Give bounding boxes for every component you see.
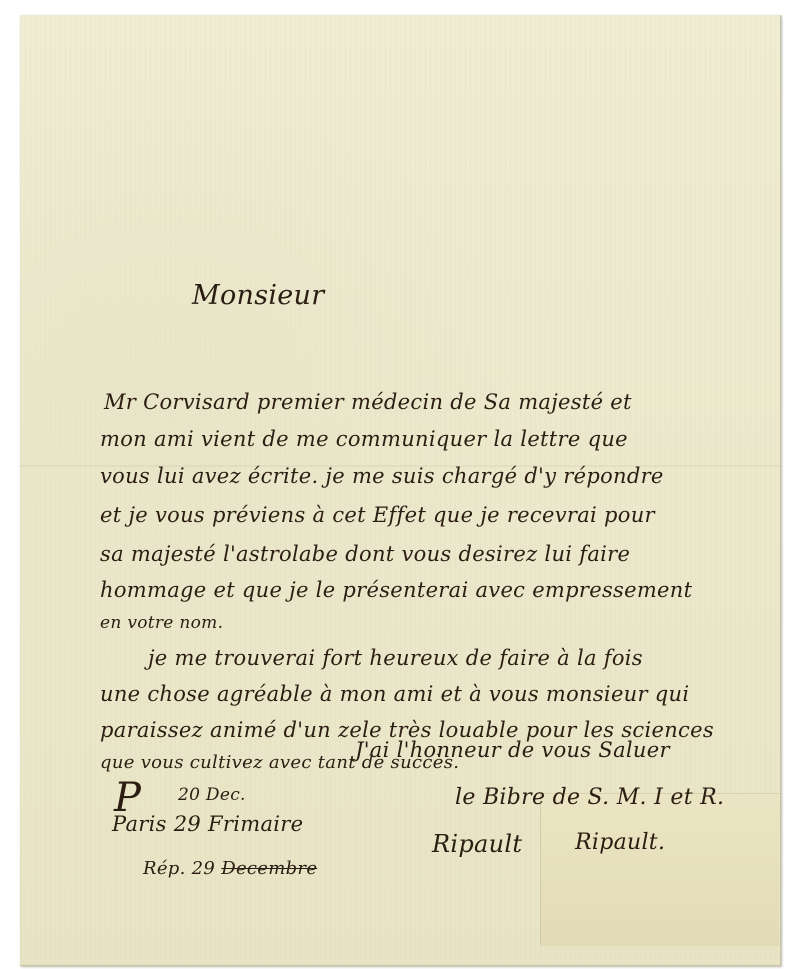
body-line: une chose agréable à mon ami et à vous m… xyxy=(100,682,689,706)
body-line: et je vous préviens à cet Effet que je r… xyxy=(100,503,655,527)
signature-title: le Bibre de S. M. I et R. xyxy=(455,785,724,810)
salutation: Monsieur xyxy=(192,280,324,311)
reply-note: Rép. 29 Decembre xyxy=(143,858,317,879)
reply-note-prefix: Rép. 29 xyxy=(143,858,215,879)
signature-on-slip: Ripault. xyxy=(575,830,665,855)
body-line: vous lui avez écrite. je me suis chargé … xyxy=(100,464,664,488)
body-line: mon ami vient de me communiquer la lettr… xyxy=(100,427,628,451)
pasted-signature-slip xyxy=(540,793,779,946)
body-line: sa majesté l'astrolabe dont vous desirez… xyxy=(100,542,630,566)
body-line: Mr Corvisard premier médecin de Sa majes… xyxy=(104,390,632,414)
body-line: en votre nom. xyxy=(100,613,223,633)
closing-formula: J'ai l'honneur de vous Saluer xyxy=(355,738,670,762)
body-line: je me trouverai fort heureux de faire à … xyxy=(148,646,643,670)
place-date: Paris 29 Frimaire xyxy=(112,812,303,836)
reply-note-struck: Decembre xyxy=(221,858,317,879)
date-annotation: 20 Dec. xyxy=(178,785,246,805)
signature: Ripault xyxy=(432,830,522,858)
body-line: hommage et que je le présenterai avec em… xyxy=(100,578,692,602)
